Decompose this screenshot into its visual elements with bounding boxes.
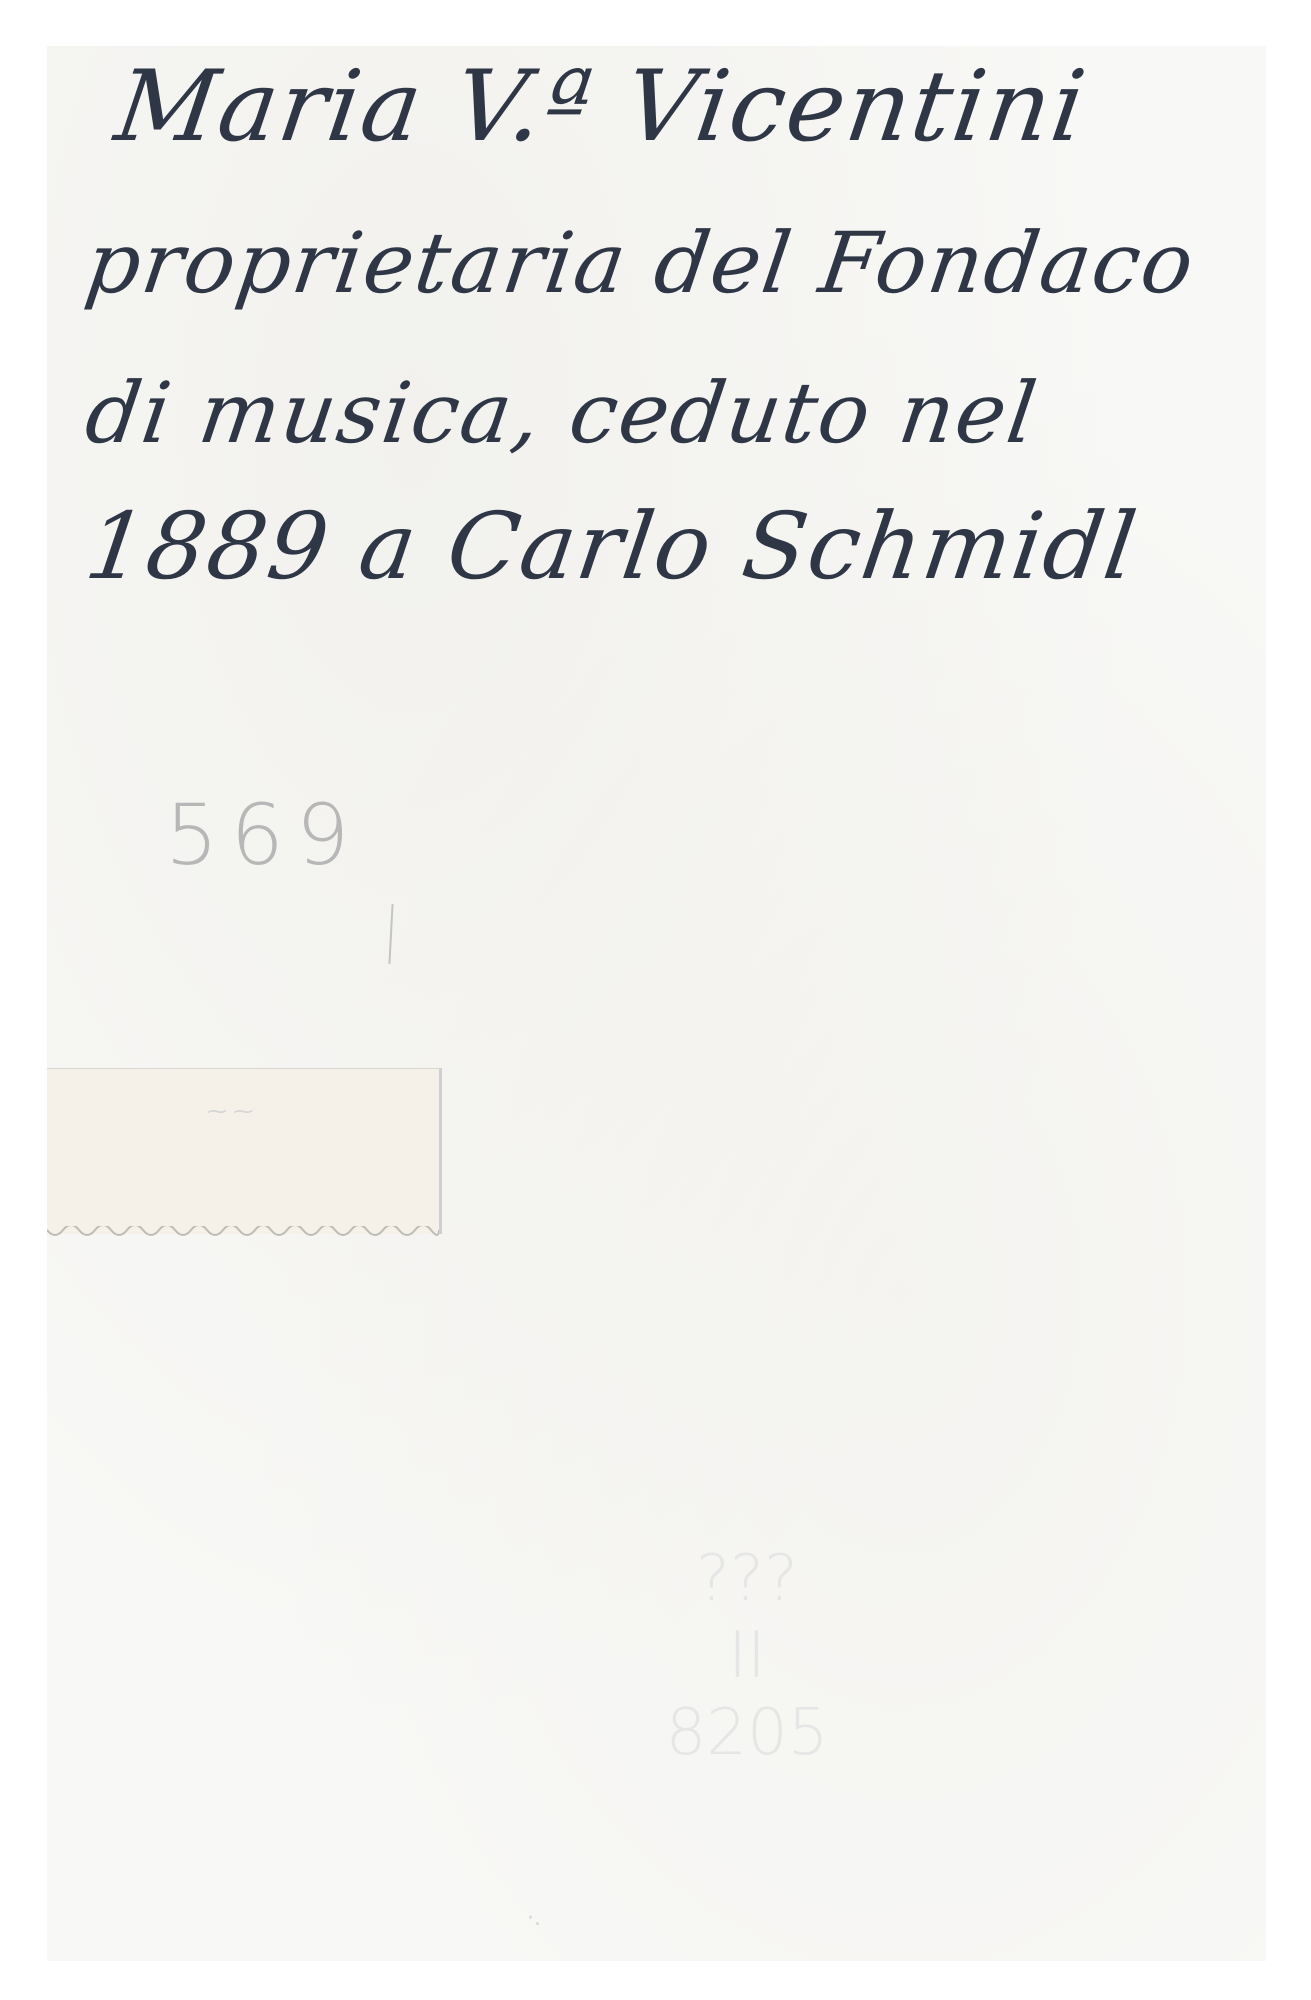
inscription-line-1: Maria V.ª Vicentini — [110, 58, 1311, 156]
inscription-line-2: proprietaria del Fondaco — [81, 221, 1311, 305]
stamp-hinge-remnant: ⁓ ⁓ — [47, 1068, 442, 1234]
paper-smudge: ·. — [527, 1906, 541, 1931]
inscription-line-4: 1889 a Carlo Schmidl — [81, 501, 1311, 593]
hinge-mark: ⁓ ⁓ — [207, 1099, 253, 1123]
document-sheet: Maria V.ª Vicentini proprietaria del Fon… — [47, 46, 1266, 1961]
pencil-catalog-number: 569 — [165, 786, 361, 884]
inscription-line-3: di musica, ceduto nel — [81, 371, 1311, 455]
faint-pencil-line-1: ??? — [582, 1541, 912, 1618]
pencil-stroke — [388, 904, 393, 964]
faint-pencil-line-3: 8205 — [582, 1695, 912, 1772]
perforation-edge-icon — [47, 1226, 439, 1240]
faint-pencil-note: ??? II 8205 — [582, 1541, 912, 1801]
faint-pencil-line-2: II — [582, 1618, 912, 1695]
